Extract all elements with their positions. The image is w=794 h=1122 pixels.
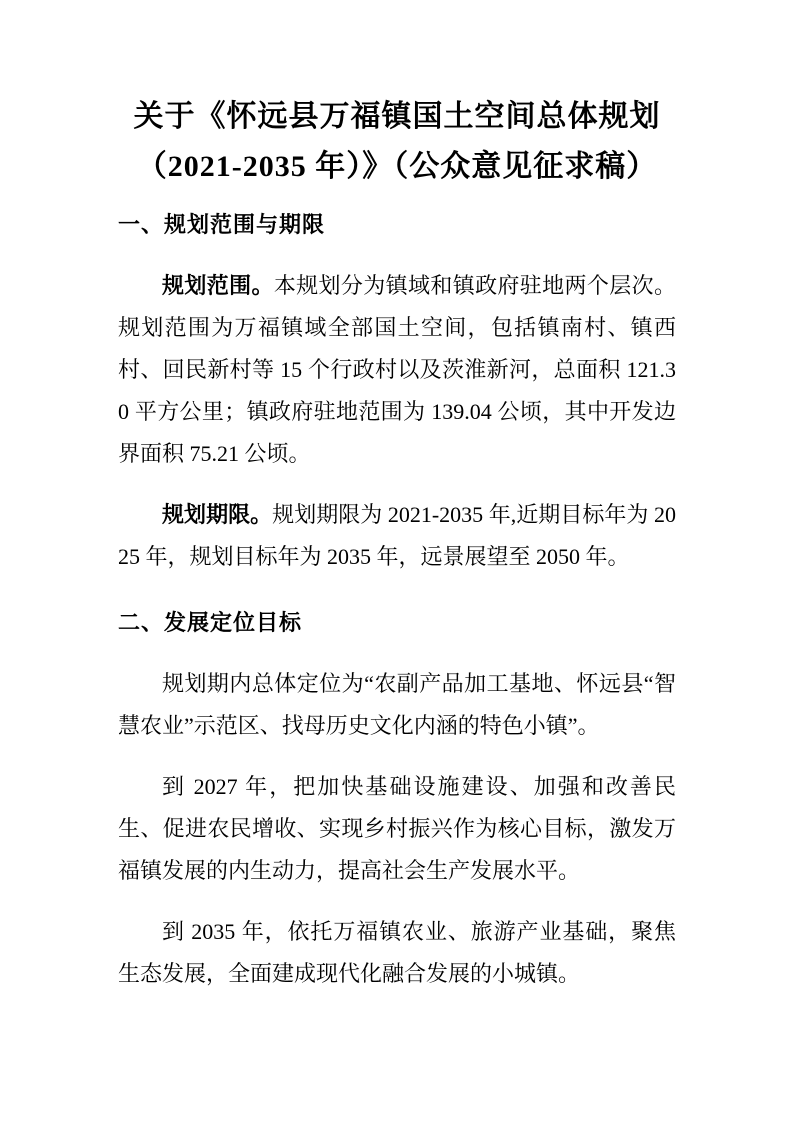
title-line-2: （2021-2035 年）》（公众意见征求稿） xyxy=(118,142,676,192)
section-heading-development-positioning-goals: 二、发展定位目标 xyxy=(118,602,676,644)
paragraph-overall-positioning: 规划期内总体定位为“农副产品加工基地、怀远县“智慧农业”示范区、找母历史文化内涵… xyxy=(118,663,676,747)
paragraph-text-planning-scope: 本规划分为镇域和镇政府驻地两个层次。规划范围为万福镇域全部国土空间，包括镇南村、… xyxy=(118,273,676,466)
paragraph-planning-scope: 规划范围。本规划分为镇域和镇政府驻地两个层次。规划范围为万福镇域全部国土空间，包… xyxy=(118,265,676,475)
section-heading-planning-scope-and-period: 一、规划范围与期限 xyxy=(118,204,676,246)
document-page: 关于《怀远县万福镇国土空间总体规划 （2021-2035 年）》（公众意见征求稿… xyxy=(0,0,794,1122)
paragraph-2027-goal: 到 2027 年，把加快基础设施建设、加强和改善民生、促进农民增收、实现乡村振兴… xyxy=(118,766,676,892)
paragraph-2035-goal: 到 2035 年，依托万福镇农业、旅游产业基础，聚焦生态发展，全面建成现代化融合… xyxy=(118,911,676,995)
paragraph-planning-period: 规划期限。规划期限为 2021-2035 年,近期目标年为 2025 年，规划目… xyxy=(118,494,676,578)
paragraph-lead-planning-period: 规划期限。 xyxy=(162,502,272,527)
title-line-1: 关于《怀远县万福镇国土空间总体规划 xyxy=(118,92,676,142)
paragraph-lead-planning-scope: 规划范围。 xyxy=(162,273,274,298)
document-title: 关于《怀远县万福镇国土空间总体规划 （2021-2035 年）》（公众意见征求稿… xyxy=(118,92,676,192)
